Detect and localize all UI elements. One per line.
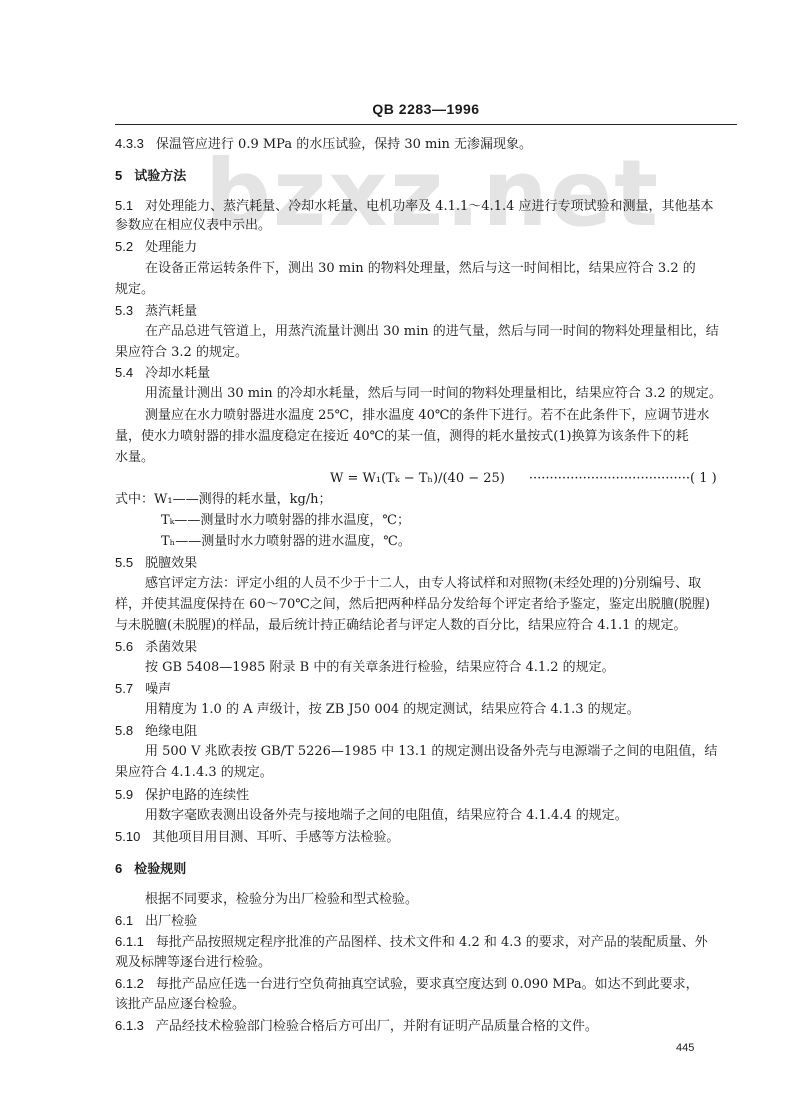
clause-5-10: 5.10其他项目用目测、耳听、手感等方法检验。 [115, 828, 399, 847]
formula-1: W = W₁(Tₖ − Tₕ)/(40 − 25)···············… [330, 470, 717, 488]
clause-5-1-cont: 参数应在相应仪表中示出。 [115, 217, 271, 235]
clause-5-5-heading: 5.5脱膻效果 [115, 554, 197, 573]
clause-5-6-heading: 5.6杀菌效果 [115, 638, 197, 657]
where-tk: Tₖ——测量时水力喷射器的排水温度，℃； [161, 512, 410, 530]
header-rule [115, 124, 737, 125]
clause-4-3-3: 4.3.3保温管应进行 0.9 MPa 的水压试验，保持 30 min 无渗漏现… [115, 135, 532, 154]
clause-5-3-body: 在产品总进气管道上，用蒸汽流量计测出 30 min 的进气量，然后与同一时间的物… [145, 323, 719, 341]
watermark: bzxz.net [205, 148, 660, 240]
clause-5-5-body-3: 与未脱膻(未脱腥)的样品，最后统计持正确结论者与评定人数的百分比，结果应符合 4… [115, 617, 687, 635]
where-th: Tₕ——测量时水力喷射器的进水温度，℃。 [161, 533, 411, 551]
clause-6-1-1-cont: 观及标牌等逐台进行检验。 [115, 954, 271, 972]
clause-6-1-2: 6.1.2每批产品应任选一台进行空负荷抽真空试验，要求真空度达到 0.090 M… [115, 975, 699, 994]
clause-5-8-heading: 5.8绝缘电阻 [115, 722, 197, 741]
clause-5-9-body: 用数字毫欧表测出设备外壳与接地端子之间的电阻值，结果应符合 4.1.4.4 的规… [145, 807, 628, 825]
clause-5-8-body-1: 用 500 V 兆欧表按 GB/T 5226—1985 中 13.1 的规定测出… [145, 743, 717, 761]
clause-5-6-body: 按 GB 5408—1985 附录 B 中的有关章条进行检验，结果应符合 4.1… [145, 659, 615, 677]
clause-5-1: 5.1对处理能力、蒸汽耗量、冷却水耗量、电机功率及 4.1.1～4.1.4 应进… [115, 197, 714, 216]
clause-5-4-heading: 5.4冷却水耗量 [115, 364, 210, 383]
clause-6-1-1: 6.1.1每批产品按照规定程序批准的产品图样、技术文件和 4.2 和 4.3 的… [115, 933, 708, 952]
clause-5-7-body: 用精度为 1.0 的 A 声级计，按 ZB J50 004 的规定测试，结果应符… [145, 701, 640, 719]
section-5-heading: 5试验方法 [115, 167, 186, 186]
clause-6-1-3: 6.1.3产品经技术检验部门检验合格后方可出厂，并附有证明产品质量合格的文件。 [115, 1017, 598, 1036]
clause-5-4-body-1: 用流量计测出 30 min 的冷却水耗量，然后与同一时间的物料处理量相比，结果应… [145, 385, 722, 403]
clause-5-9-heading: 5.9保护电路的连续性 [115, 786, 249, 805]
clause-5-2-body: 在设备正常运转条件下，测出 30 min 的物料处理量，然后与这一时间相比，结果… [145, 260, 696, 278]
clause-5-3-heading: 5.3蒸汽耗量 [115, 302, 197, 321]
section-6-heading: 6检验规则 [115, 860, 186, 879]
where-w1: 式中：W₁——测得的耗水量，kg/h； [115, 491, 332, 509]
clause-5-4-body-2: 测量应在水力喷射器进水温度 25℃，排水温度 40℃的条件下进行。若不在此条件下… [145, 407, 709, 425]
clause-6-1-2-cont: 该批产品应逐台检验。 [115, 996, 245, 1014]
clause-5-8-body-2: 果应符合 4.1.4.3 的规定。 [115, 764, 273, 782]
section-6-intro: 根据不同要求，检验分为出厂检验和型式检验。 [145, 891, 418, 909]
clause-5-2-cont: 规定。 [115, 281, 154, 299]
clause-5-4-body-3: 量，使水力喷射器的排水温度稳定在接近 40℃的某一值，测得的耗水量按式(1)换算… [115, 428, 689, 446]
standard-code-header: QB 2283—1996 [115, 101, 737, 117]
page-number: 445 [676, 1042, 694, 1054]
clause-5-4-body-4: 水量。 [115, 449, 154, 467]
clause-5-5-body-1: 感官评定方法：评定小组的人员不少于十二人，由专人将试样和对照物(未经处理的)分别… [145, 575, 701, 593]
clause-5-7-heading: 5.7噪声 [115, 680, 171, 699]
clause-5-3-cont: 果应符合 3.2 的规定。 [115, 344, 248, 362]
clause-5-5-body-2: 样，并使其温度保持在 60～70℃之间，然后把两种样品分发给每个评定者给予鉴定，… [115, 596, 710, 614]
clause-5-2-heading: 5.2处理能力 [115, 238, 197, 257]
clause-6-1-heading: 6.1出厂检验 [115, 912, 197, 931]
